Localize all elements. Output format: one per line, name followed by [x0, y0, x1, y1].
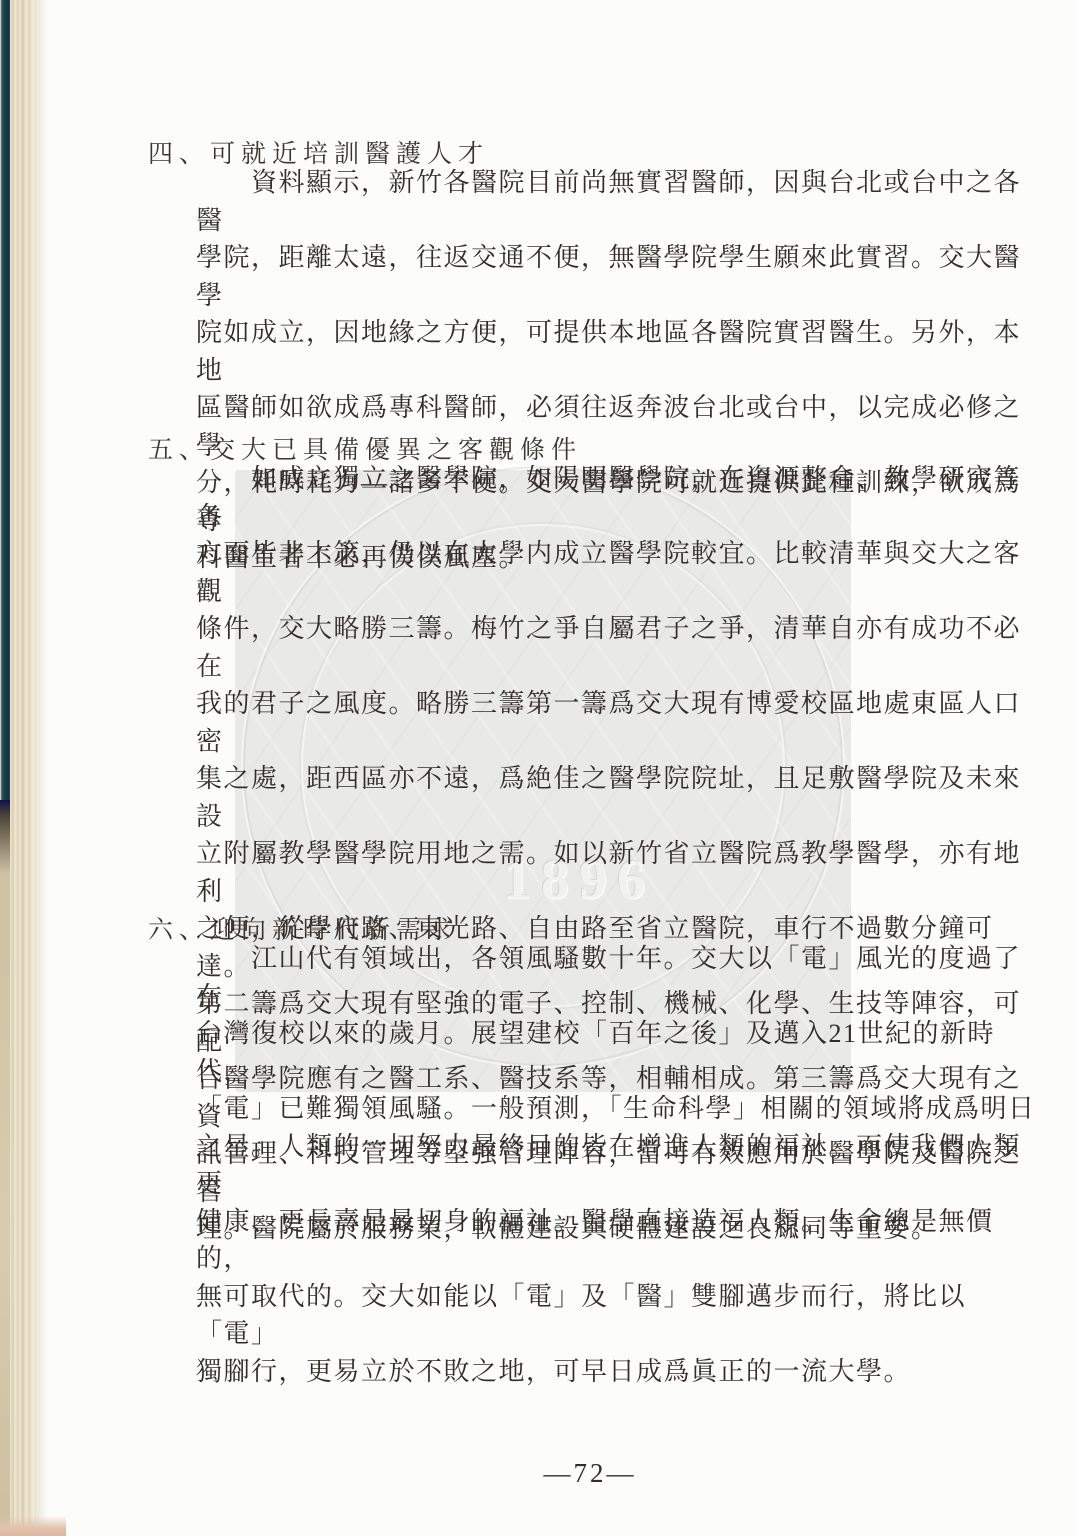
page-edge-shadow	[34, 0, 48, 1536]
section-paragraph-6: 江山代有領域出，各領風騷數十年。交大以「電」風光的度過了在 台灣復校以來的歲月。…	[196, 940, 1048, 1390]
page-number: —72—	[140, 1458, 1040, 1489]
bottom-page-edge-tint	[0, 1516, 66, 1536]
stacked-page-edges	[10, 0, 34, 1536]
